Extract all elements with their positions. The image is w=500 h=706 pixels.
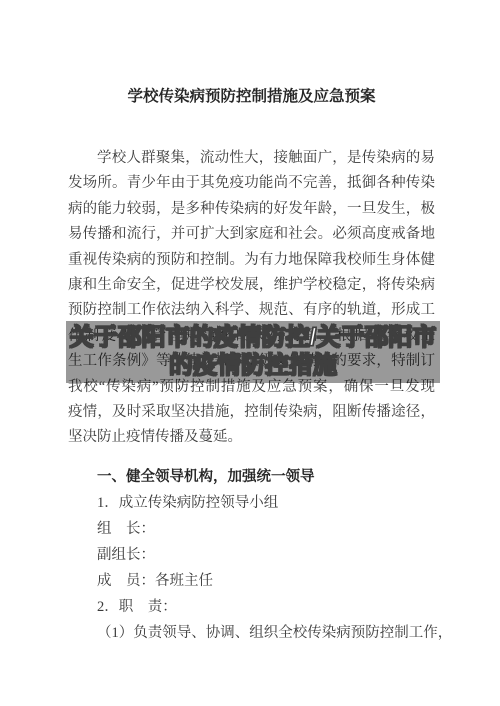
paragraph-line: 学校人群聚集，流动性大，接触面广，是传染病的易 [68, 146, 435, 171]
list-line: 1．成立传染病防控领导小组 [68, 490, 500, 516]
paragraph-line: 预防控制工作依法纳入科学、规范、有序的轨道，形成工 [68, 298, 435, 323]
intro-paragraph: 学校人群聚集，流动性大，接触面广，是传染病的易 发场所。青少年由于其免疫功能尚不… [68, 146, 435, 451]
paragraph-line: 康和生命安全，促进学校发展，维护学校稳定，将传染病 [68, 273, 435, 298]
document-page: 学校传染病预防控制措施及应急预案 学校人群聚集，流动性大，接触面广，是传染病的易… [0, 0, 500, 706]
paragraph-line: 疫情，及时采取坚决措施，控制传染病，阻断传播途径， [68, 400, 435, 425]
paragraph-line: 易传播和流行，并可扩大到家庭和社会。必须高度戒备地 [68, 222, 435, 247]
overlay-title-line2: 的疫情防控措施 [169, 352, 337, 380]
watermark-overlay-banner: 关于邵阳市的疫情防控/关于邵阳市 的疫情防控措施 [66, 321, 440, 383]
document-title: 学校传染病预防控制措施及应急预案 [0, 0, 500, 106]
paragraph-line: 重视传染病的预防和控制。为有力地保障我校师生身体健 [68, 248, 435, 273]
list-line: 副组长： [68, 542, 500, 568]
section-heading: 一、健全领导机构，加强统一领导 [68, 464, 500, 490]
paragraph-line: 病的能力较弱，是多种传染病的好发年龄，一旦发生，极 [68, 197, 435, 222]
paragraph-line: 坚决防止疫情传播及蔓延。 [68, 425, 435, 450]
section-block: 一、健全领导机构，加强统一领导 1．成立传染病防控领导小组 组 长： 副组长： … [68, 464, 500, 646]
list-line: 成 员：各班主任 [68, 568, 500, 594]
list-line: 组 长： [68, 516, 500, 542]
list-line: （1）负责领导、协调、组织全校传染病预防控制工作， [68, 620, 500, 646]
list-line: 2．职 责： [68, 594, 500, 620]
paragraph-line: 发场所。青少年由于其免疫功能尚不完善，抵御各种传染 [68, 171, 435, 196]
overlay-title-line1: 关于邵阳市的疫情防控/关于邵阳市 [70, 324, 437, 352]
